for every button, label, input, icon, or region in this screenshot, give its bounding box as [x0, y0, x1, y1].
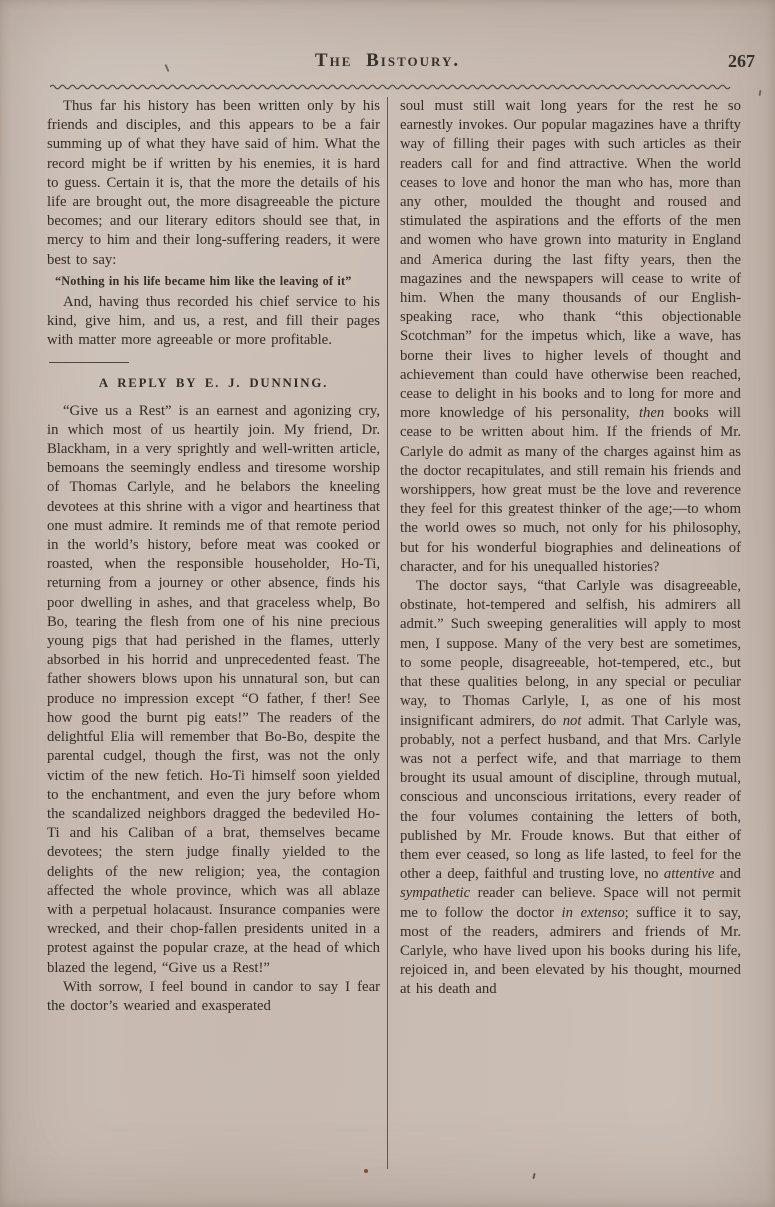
page-number: 267	[728, 51, 755, 72]
reply-section-heading: A REPLY BY E. J. DUNNING.	[47, 374, 380, 393]
wavy-rule	[50, 82, 736, 91]
opening-paragraph: Thus far his history has been written on…	[47, 97, 380, 270]
right-column: soul must still wait long years for the …	[400, 97, 741, 1016]
shakespeare-quote: “Nothing in his life became him like the…	[55, 273, 380, 290]
section-divider-rule	[49, 362, 129, 363]
paper-speck-comma	[758, 90, 761, 96]
text-columns: Thus far his history has been written on…	[47, 97, 741, 1016]
paper-speck-tick	[532, 1173, 535, 1179]
paper-speck-red	[364, 1169, 368, 1173]
closing-paragraph: And, having thus recorded his chief serv…	[47, 293, 380, 351]
reply-paragraph: “Give us a Rest” is an earnest and agoni…	[47, 402, 380, 978]
scanned-page: The Bistoury. 267 Thus far his history h…	[0, 0, 775, 1207]
wavy-rule-path	[50, 85, 730, 89]
continuation-paragraph: soul must still wait long years for the …	[400, 97, 741, 577]
page-header: The Bistoury. 267	[0, 50, 775, 76]
column-divider	[387, 97, 388, 1169]
journal-title: The Bistoury.	[315, 50, 460, 72]
sorrow-paragraph: With sorrow, I feel bound in candor to s…	[47, 978, 380, 1016]
doctor-says-paragraph: The doctor says, “that Carlyle was disag…	[400, 577, 741, 999]
left-column: Thus far his history has been written on…	[47, 97, 380, 1016]
